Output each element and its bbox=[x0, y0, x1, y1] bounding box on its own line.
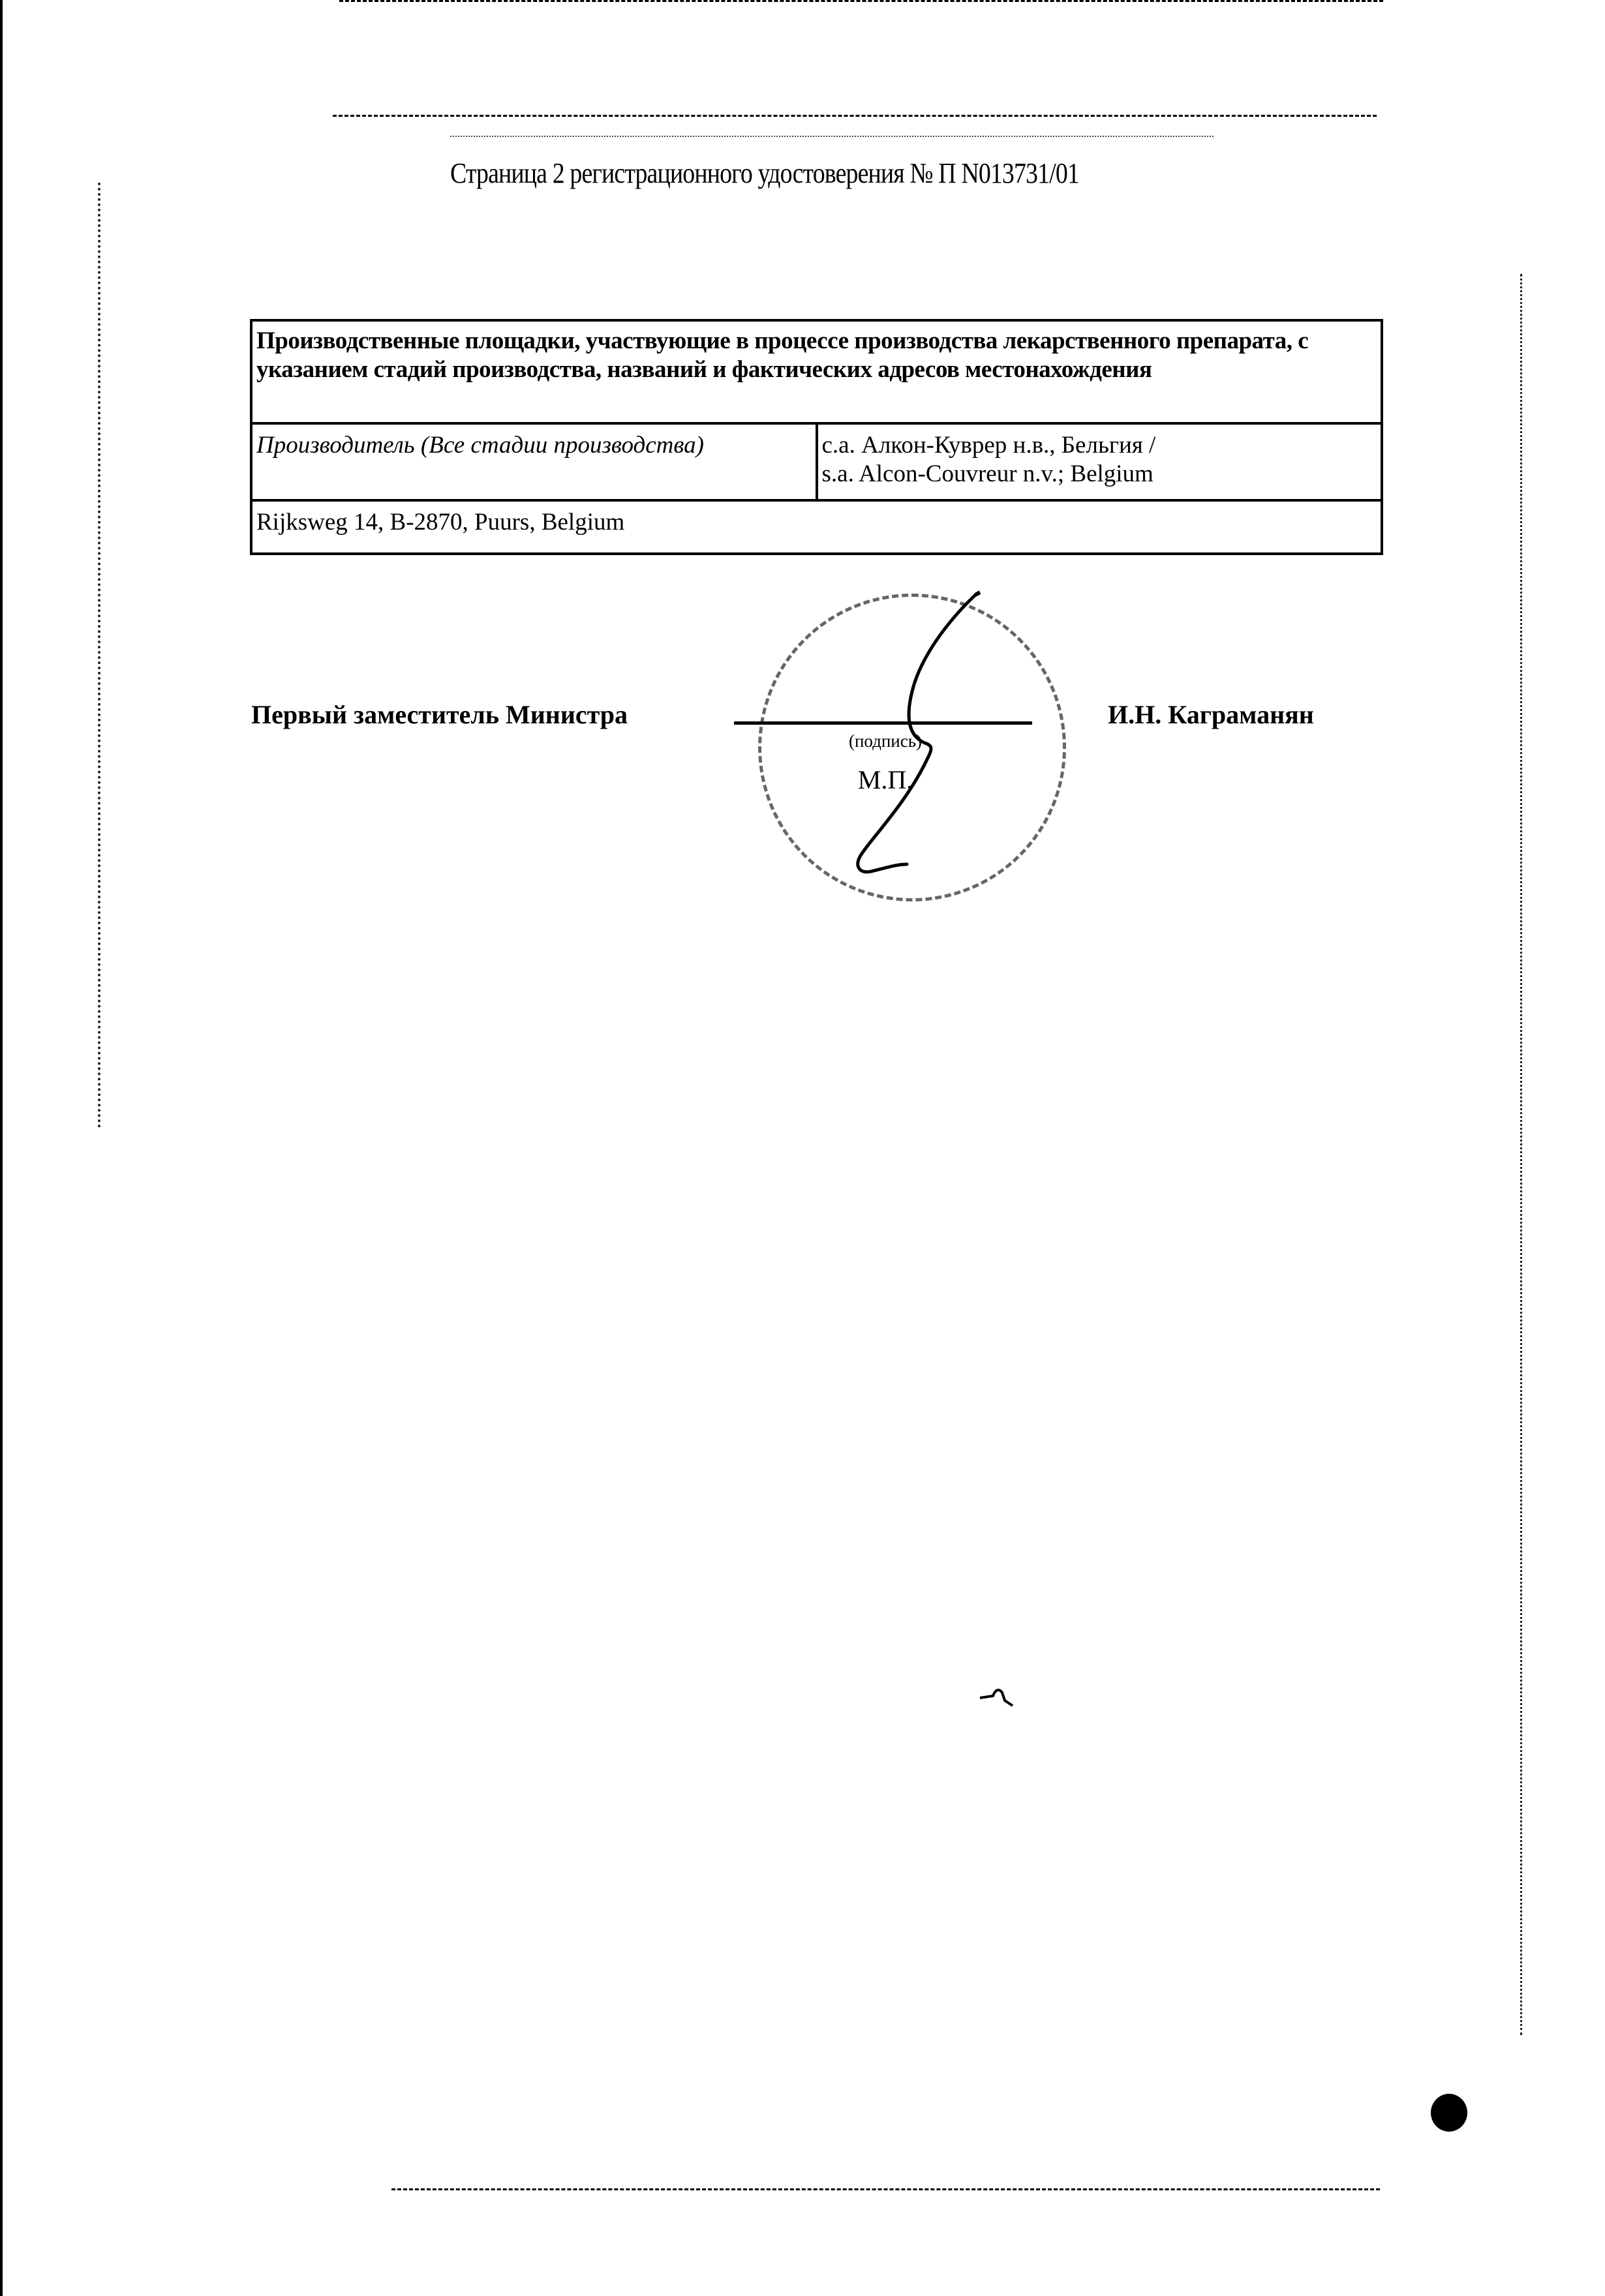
manufacturer-role-cell: Производитель (Все стадии производства) bbox=[251, 423, 817, 500]
left-margin-dots bbox=[98, 183, 100, 1128]
ink-squiggle-icon bbox=[979, 1685, 1015, 1708]
top-scan-rule bbox=[339, 0, 1383, 2]
sub-dashed-rule bbox=[450, 136, 1214, 137]
manufacturer-name-cell: с.а. Алкон-Куврер н.в., Бельгия / s.a. A… bbox=[817, 423, 1383, 500]
top-dashed-rule bbox=[333, 115, 1377, 117]
handwritten-signature-icon bbox=[835, 587, 992, 874]
table-row: Производитель (Все стадии производства) … bbox=[251, 423, 1382, 500]
table-row: Rijksweg 14, B-2870, Puurs, Belgium bbox=[251, 500, 1382, 554]
page-heading: Страница 2 регистрационного удостоверени… bbox=[450, 157, 1107, 190]
manufacturer-name-en: s.a. Alcon-Couvreur n.v.; Belgium bbox=[822, 460, 1377, 489]
manufacturer-address-cell: Rijksweg 14, B-2870, Puurs, Belgium bbox=[251, 500, 1382, 554]
manufacturer-name-ru: с.а. Алкон-Куврер н.в., Бельгия / bbox=[822, 431, 1377, 460]
right-margin-dots bbox=[1520, 274, 1522, 2035]
punch-hole-dot-icon bbox=[1431, 2094, 1467, 2132]
production-sites-table: Производственные площадки, участвующие в… bbox=[250, 319, 1383, 555]
scan-left-edge bbox=[0, 0, 3, 2296]
table-header-row: Производственные площадки, участвующие в… bbox=[251, 320, 1382, 423]
signatory-position: Первый заместитель Министра bbox=[251, 699, 628, 731]
bottom-dashed-rule bbox=[391, 2188, 1380, 2190]
table-header-cell: Производственные площадки, участвующие в… bbox=[251, 320, 1382, 423]
signatory-name: И.Н. Каграманян bbox=[1108, 699, 1314, 731]
